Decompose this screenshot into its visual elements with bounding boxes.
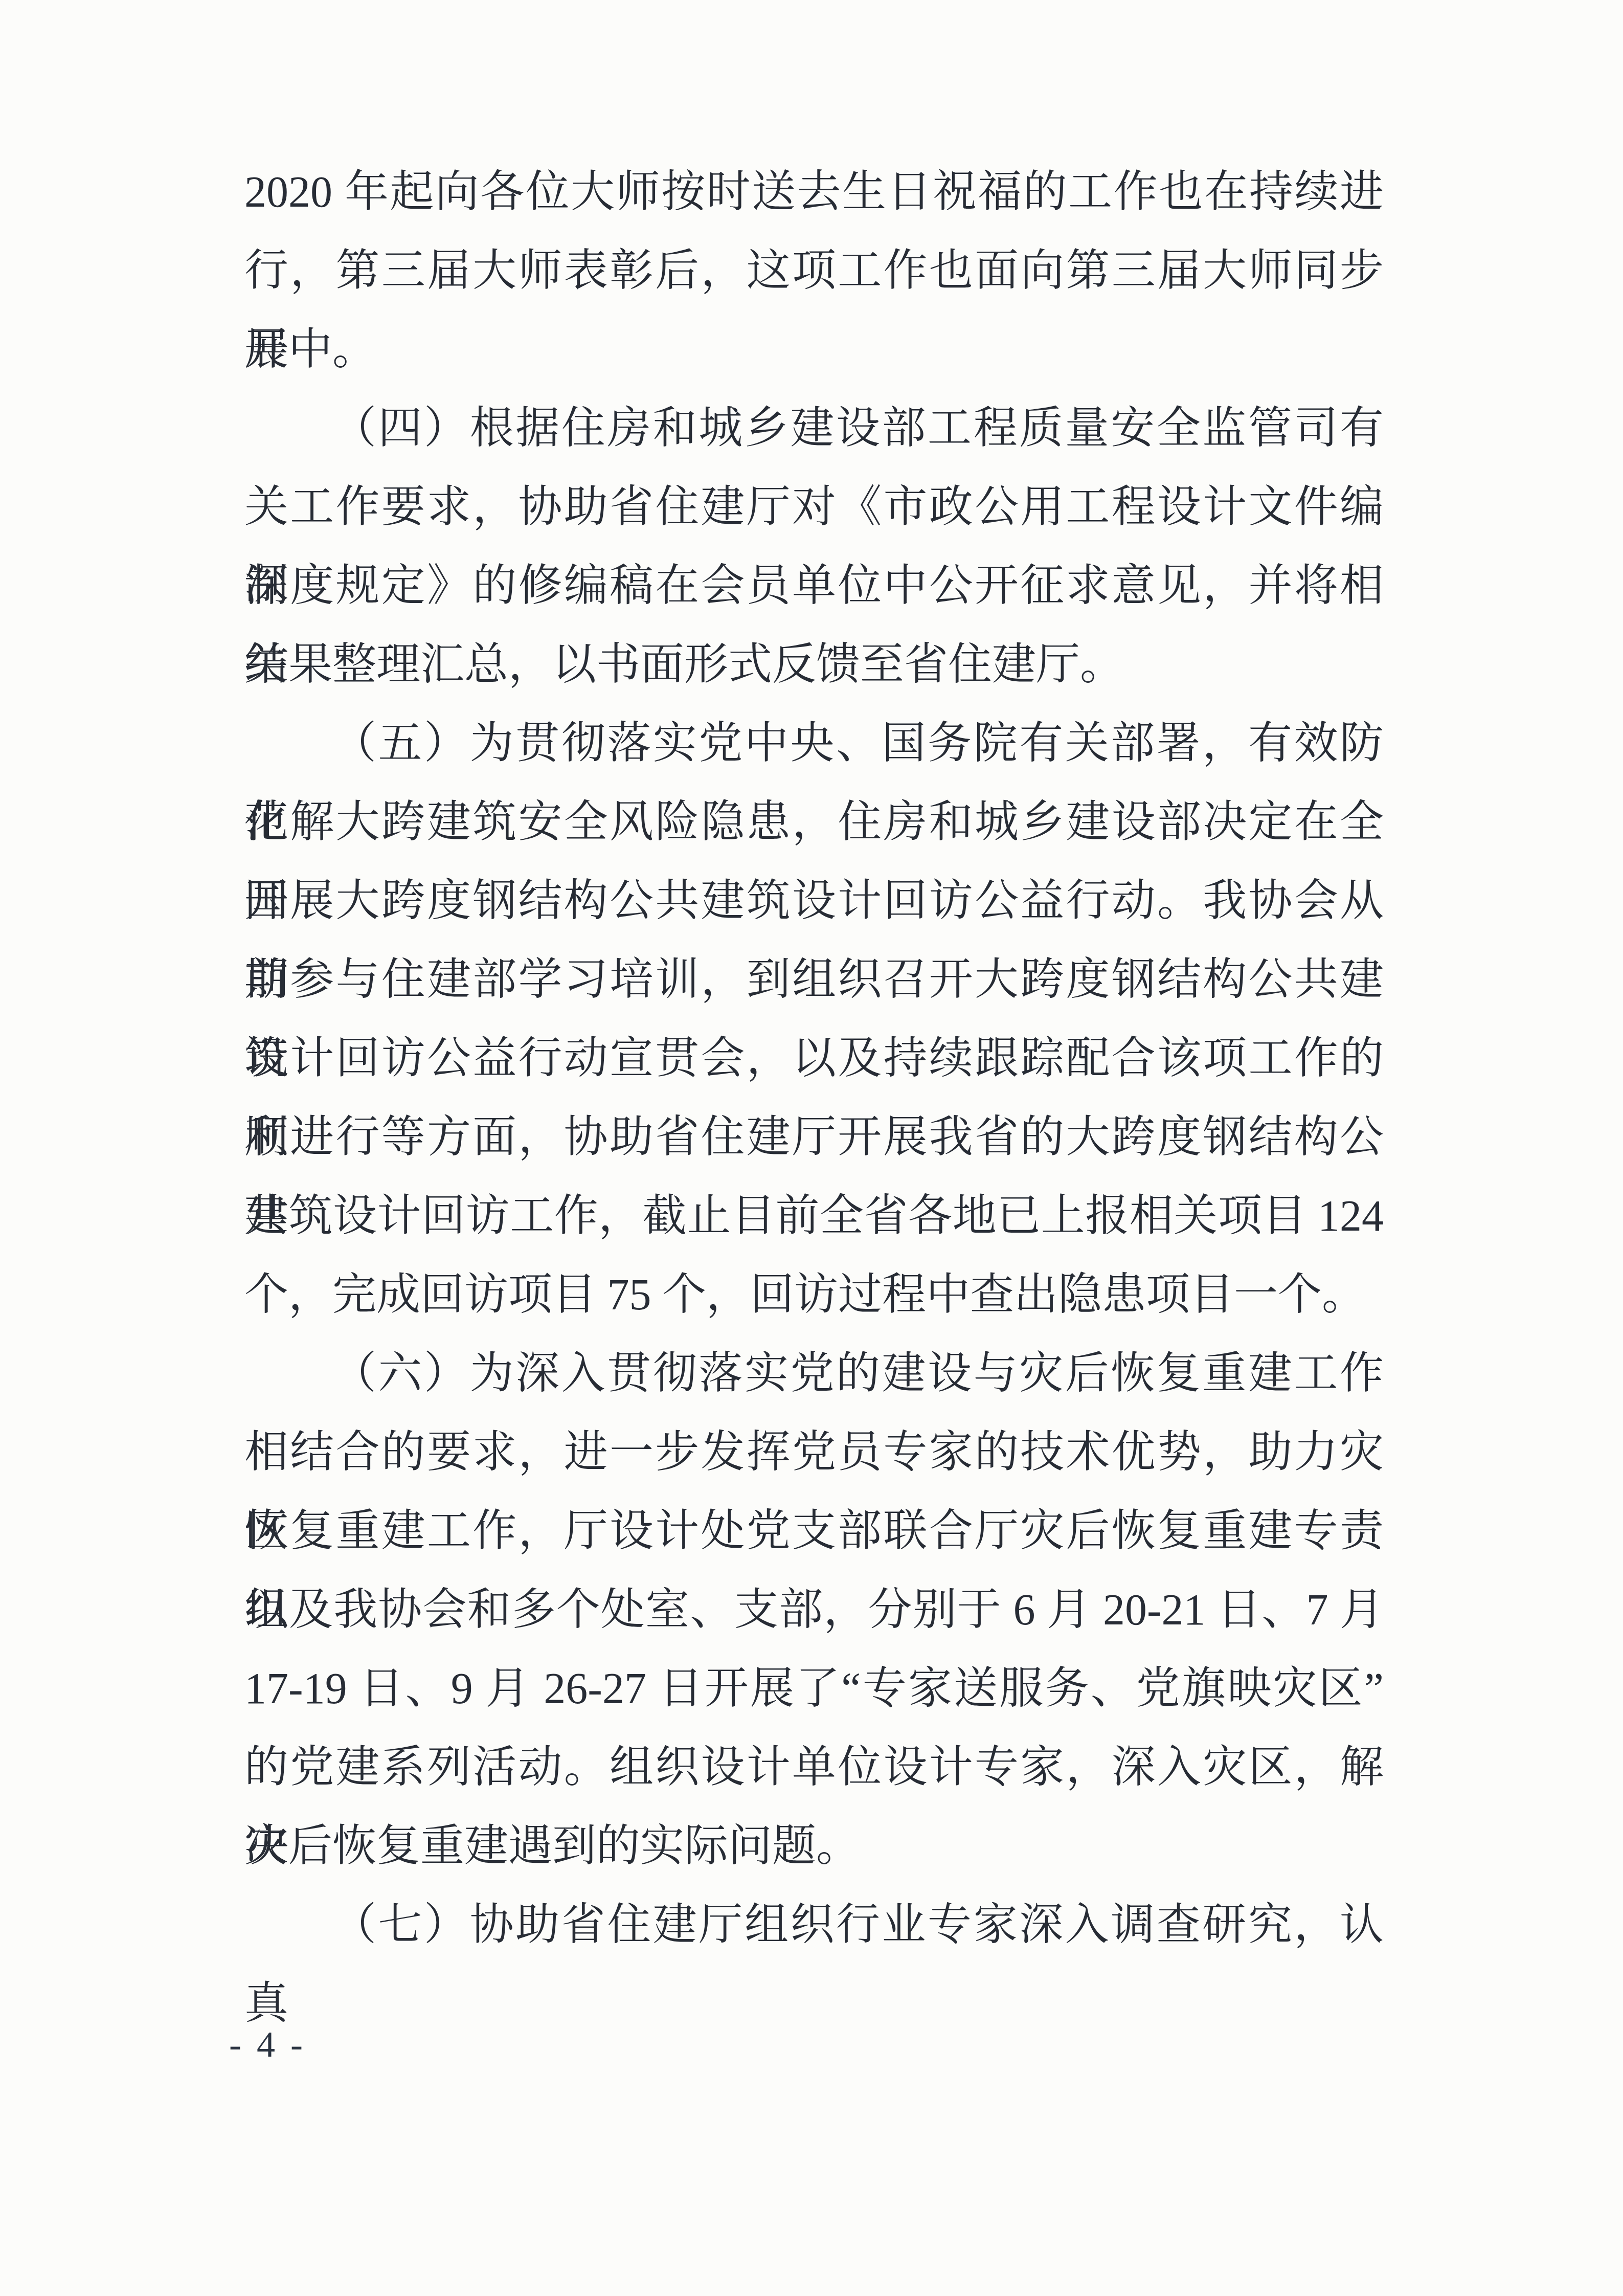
- paragraph-item-5: （五）为贯彻落实党中央、国务院有关部署，有效防范 化解大跨建筑安全风险隐患，住房…: [244, 704, 1384, 1334]
- text-line: 利进行等方面，协助省住建厅开展我省的大跨度钢结构公共: [244, 1098, 1384, 1176]
- text-line: 的党建系列活动。组织设计单位设计专家，深入灾区，解决: [244, 1728, 1384, 1807]
- paragraph-item-4: （四）根据住房和城乡建设部工程质量安全监管司有 关工作要求，协助省住建厅对《市政…: [244, 389, 1384, 704]
- paragraph-item-6: （六）为深入贯彻落实党的建设与灾后恢复重建工作 相结合的要求，进一步发挥党员专家…: [244, 1334, 1384, 1885]
- document-page: 2020 年起向各位大师按时送去生日祝福的工作也在持续进 行，第三届大师表彰后，…: [0, 0, 1623, 2296]
- document-body: 2020 年起向各位大师按时送去生日祝福的工作也在持续进 行，第三届大师表彰后，…: [244, 152, 1384, 1964]
- text-line: 建筑设计回访工作，截止目前全省各地已上报相关项目 124: [244, 1176, 1384, 1255]
- text-line: 2020 年起向各位大师按时送去生日祝福的工作也在持续进: [244, 152, 1384, 231]
- paragraph-item-7: （七）协助省住建厅组织行业专家深入调查研究，认真: [244, 1885, 1384, 1964]
- text-line: 行，第三届大师表彰后，这项工作也面向第三届大师同步开: [244, 231, 1384, 310]
- text-line: （四）根据住房和城乡建设部工程质量安全监管司有: [244, 389, 1384, 467]
- text-line: 灾后恢复重建遇到的实际问题。: [244, 1807, 1384, 1885]
- text-line: 关工作要求，协助省住建厅对《市政公用工程设计文件编制: [244, 467, 1384, 546]
- text-line: 恢复重建工作，厅设计处党支部联合厅灾后恢复重建专责组: [244, 1491, 1384, 1570]
- text-line: （五）为贯彻落实党中央、国务院有关部署，有效防范: [244, 704, 1384, 783]
- text-line: 17-19 日、9 月 26-27 日开展了“专家送服务、党旗映灾区”: [244, 1649, 1384, 1728]
- text-line: （七）协助省住建厅组织行业专家深入调查研究，认真: [244, 1885, 1384, 1964]
- page-number: - 4 -: [229, 2021, 306, 2067]
- text-line: 个，完成回访项目 75 个，回访过程中查出隐患项目一个。: [244, 1255, 1384, 1334]
- text-line: 相结合的要求，进一步发挥党员专家的技术优势，助力灾区: [244, 1413, 1384, 1491]
- text-line: 以及我协会和多个处室、支部，分别于 6 月 20-21 日、7 月: [244, 1570, 1384, 1649]
- text-line: 结果整理汇总，以书面形式反馈至省住建厅。: [244, 625, 1384, 704]
- text-line: 深度规定》的修编稿在会员单位中公开征求意见，并将相关: [244, 546, 1384, 625]
- text-line: 开展大跨度钢结构公共建筑设计回访公益行动。我协会从前: [244, 861, 1384, 940]
- text-line: 设计回访公益行动宣贯会，以及持续跟踪配合该项工作的顺: [244, 1019, 1384, 1098]
- text-line: 展中。: [244, 310, 1384, 389]
- text-line: 期参与住建部学习培训，到组织召开大跨度钢结构公共建筑: [244, 940, 1384, 1019]
- text-line: （六）为深入贯彻落实党的建设与灾后恢复重建工作: [244, 1334, 1384, 1413]
- paragraph-intro-continuation: 2020 年起向各位大师按时送去生日祝福的工作也在持续进 行，第三届大师表彰后，…: [244, 152, 1384, 389]
- text-line: 化解大跨建筑安全风险隐患，住房和城乡建设部决定在全国: [244, 783, 1384, 861]
